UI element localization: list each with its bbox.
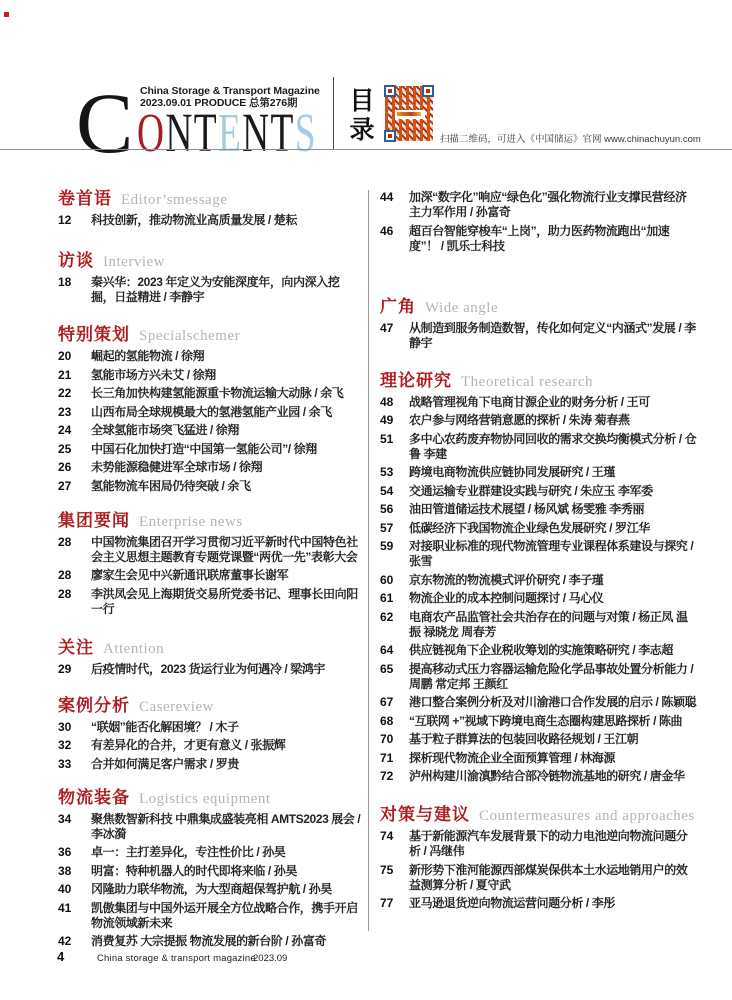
toc-section: 集团要闻Enterprise news28中国物流集团召开学习贯彻习近平新时代中… xyxy=(58,509,362,617)
toc-section: 关注Attention29后疫情时代，2023 货运行业为何遇冷 / 梁鸿宇 xyxy=(58,636,362,677)
toc-item-page-number: 18 xyxy=(58,275,71,290)
toc-item: 49农户参与网络营销意愿的探析 / 朱涛 菊春燕 xyxy=(380,413,698,428)
toc-item-title: 未势能源稳健进军全球市场 / 徐翔 xyxy=(91,460,262,474)
toc-item-title: 崛起的氢能物流 / 徐翔 xyxy=(91,349,204,363)
toc-item: 47从制造到服务制造数智，传化如何定义“内涵式”发展 / 李静宇 xyxy=(380,321,698,351)
toc-item: 54交通运输专业群建设实践与研究 / 朱应玉 李军委 xyxy=(380,484,698,499)
toc-item-title: “联姻”能否化解困境？ / 木子 xyxy=(91,720,239,734)
toc-item: 62电商农产品监管社会共治存在的问题与对策 / 杨正凤 温振 禄晓龙 周春芳 xyxy=(380,610,698,640)
toc-item-title: 中国物流集团召开学习贯彻习近平新时代中国特色社会主义思想主题教育专题党课暨“两优… xyxy=(91,535,358,564)
toc-section: 特别策划Specialschemer20崛起的氢能物流 / 徐翔21氢能市场方兴… xyxy=(58,323,362,494)
toc-item: 57低碳经济下我国物流企业绿色发展研究 / 罗江华 xyxy=(380,521,698,536)
column-divider xyxy=(368,190,369,931)
section-heading: 关注Attention xyxy=(58,636,362,659)
section-heading: 对策与建议Countermeasures and approaches xyxy=(380,803,698,826)
section-heading: 访谈Interview xyxy=(58,249,362,272)
toc-item-title: 加深“数字化”响应“绿色化”强化物流行业支撑民营经济主力军作用 / 孙富奇 xyxy=(409,190,687,219)
toc-item-title: 物流企业的成本控制问题探讨 / 马心仪 xyxy=(409,591,603,605)
toc-item-title: 超百台智能穿梭车“上岗”，助力医药物流跑出“加速度”！ / 凯乐士科技 xyxy=(409,224,669,253)
toc-item-title: 低碳经济下我国物流企业绿色发展研究 / 罗江华 xyxy=(409,521,650,535)
toc-item: 22长三角加快构建氢能源重卡物流运输大动脉 / 余飞 xyxy=(58,386,362,401)
section-heading: 卷首语Editor’smessage xyxy=(58,187,362,210)
footer-issue: 2023.09 xyxy=(253,953,287,964)
toc-char-1: 目 xyxy=(348,87,376,116)
section-title-en: Attention xyxy=(103,641,164,657)
toc-item-page-number: 30 xyxy=(58,720,71,735)
contents-logo-letter-o: O xyxy=(137,102,165,163)
toc-item-page-number: 24 xyxy=(58,423,71,438)
section-title-zh: 访谈 xyxy=(58,251,94,270)
toc-item-page-number: 28 xyxy=(58,587,71,602)
qr-finder-top-right xyxy=(422,85,434,97)
toc-item: 51多中心农药废弃物协同回收的需求交换均衡模式分析 / 仓鲁 李建 xyxy=(380,432,698,462)
section-title-en: Enterprise news xyxy=(139,514,243,530)
section-items: 28中国物流集团召开学习贯彻习近平新时代中国特色社会主义思想主题教育专题党课暨“… xyxy=(58,535,362,617)
toc-item-title: 消费复苏 大宗提振 物流发展的新台阶 / 孙富奇 xyxy=(91,934,326,948)
toc-item-page-number: 28 xyxy=(58,568,71,583)
magazine-name-block: China Storage & Transport Magazine 2023.… xyxy=(140,86,340,109)
contents-logo-letter-e: E xyxy=(218,102,242,163)
toc-section: 访谈Interview18秦兴华：2023 年定义为安能深度年，向内深入挖掘，日… xyxy=(58,249,362,305)
toc-section: 卷首语Editor’smessage12科技创新，推动物流业高质量发展 / 楚耘 xyxy=(58,187,362,228)
section-title-zh: 理论研究 xyxy=(380,371,452,390)
right-column: 44加深“数字化”响应“绿色化”强化物流行业支撑民营经济主力军作用 / 孙富奇4… xyxy=(380,162,698,915)
toc-item-page-number: 75 xyxy=(380,863,393,878)
toc-item: 33合并如何满足客户需求 / 罗贵 xyxy=(58,757,362,772)
section-title-en: Casereview xyxy=(139,699,214,715)
toc-item-title: 战略管理视角下电商甘源企业的财务分析 / 王可 xyxy=(409,395,650,409)
toc-item-title: 廖家生会见中兴新通讯联席董事长谢军 xyxy=(91,568,288,582)
toc-item-title: 后疫情时代，2023 货运行业为何遇冷 / 梁鸿宇 xyxy=(91,662,325,676)
qr-finder-top-left xyxy=(384,85,396,97)
toc-item-title: 李洪凤会见上海期货交易所党委书记、理事长田向阳一行 xyxy=(91,587,358,616)
toc-item: 48战略管理视角下电商甘源企业的财务分析 / 王可 xyxy=(380,395,698,410)
toc-item-page-number: 28 xyxy=(58,535,71,550)
section-title-en: Theoretical research xyxy=(461,374,593,390)
toc-item-page-number: 25 xyxy=(58,442,71,457)
toc-item-page-number: 33 xyxy=(58,757,71,772)
footer-page-number: 4 xyxy=(57,949,64,964)
section-items: 20崛起的氢能物流 / 徐翔21氢能市场方兴未艾 / 徐翔22长三角加快构建氢能… xyxy=(58,349,362,494)
toc-item-page-number: 61 xyxy=(380,591,393,606)
toc-char-2: 录 xyxy=(348,116,376,145)
toc-item-page-number: 29 xyxy=(58,662,71,677)
toc-item: 30“联姻”能否化解困境？ / 木子 xyxy=(58,720,362,735)
toc-item-title: 油田管道储运技术展望 / 杨风斌 杨雯雅 李秀丽 xyxy=(409,502,644,516)
section-items: 18秦兴华：2023 年定义为安能深度年，向内深入挖掘，日益精进 / 李静宇 xyxy=(58,275,362,305)
toc-item-page-number: 21 xyxy=(58,368,71,383)
section-title-en: Interview xyxy=(103,254,165,270)
left-column: 卷首语Editor’smessage12科技创新，推动物流业高质量发展 / 楚耘… xyxy=(58,162,362,953)
toc-item-title: 合并如何满足客户需求 / 罗贵 xyxy=(91,757,239,771)
toc-item-title: 提高移动式压力容器运输危险化学品事故处置分析能力 / 周鹏 常定邦 王颜红 xyxy=(409,662,693,691)
contents-logo-letters-nt2: NT xyxy=(242,102,295,163)
section-title-zh: 关注 xyxy=(58,638,94,657)
toc-item-title: 山西布局全球规模最大的氢港氢能产业园 / 余飞 xyxy=(91,405,332,419)
toc-item-title: 卓一：主打差异化，专注性价比 / 孙昊 xyxy=(91,845,285,859)
qr-center-logo xyxy=(395,110,425,119)
toc-item-page-number: 36 xyxy=(58,845,71,860)
toc-item: 41凯傲集团与中国外运开展全方位战略合作，携手开启物流领域新未来 xyxy=(58,901,362,931)
header-vertical-divider xyxy=(333,77,334,149)
toc-item-title: 港口整合案例分析及对川渝港口合作发展的启示 / 陈颖聪 xyxy=(409,695,696,709)
toc-item: 28李洪凤会见上海期货交易所党委书记、理事长田向阳一行 xyxy=(58,587,362,617)
toc-item-title: “互联网 +”视域下跨境电商生态圈构建思路探析 / 陈曲 xyxy=(409,714,682,728)
magazine-name-en: China Storage & Transport Magazine xyxy=(140,86,340,98)
section-title-en: Countermeasures and approaches xyxy=(479,808,695,824)
section-title-zh: 广角 xyxy=(380,297,416,316)
toc-item: 70基于粒子群算法的包装回收路径规划 / 王江朝 xyxy=(380,732,698,747)
toc-item-page-number: 51 xyxy=(380,432,393,447)
toc-item: 56油田管道储运技术展望 / 杨风斌 杨雯雅 李秀丽 xyxy=(380,502,698,517)
section-heading: 广角Wide angle xyxy=(380,295,698,318)
section-title-zh: 对策与建议 xyxy=(380,805,470,824)
toc-item-title: 亚马逊退货逆向物流运营问题分析 / 李彤 xyxy=(409,896,615,910)
toc-item: 24全球氢能市场突飞猛进 / 徐翔 xyxy=(58,423,362,438)
section-heading: 集团要闻Enterprise news xyxy=(58,509,362,532)
toc-item: 25中国石化加快打造“中国第一氢能公司”/ 徐翔 xyxy=(58,442,362,457)
toc-item-page-number: 62 xyxy=(380,610,393,625)
toc-item-page-number: 48 xyxy=(380,395,393,410)
section-items: 48战略管理视角下电商甘源企业的财务分析 / 王可49农户参与网络营销意愿的探析… xyxy=(380,395,698,785)
toc-item: 26未势能源稳健进军全球市场 / 徐翔 xyxy=(58,460,362,475)
toc-item-page-number: 23 xyxy=(58,405,71,420)
toc-item: 59对接职业标准的现代物流管理专业课程体系建设与探究 / 张雪 xyxy=(380,539,698,569)
toc-item: 74基于新能源汽车发展背景下的动力电池逆向物流问题分析 / 冯继伟 xyxy=(380,829,698,859)
toc-item: 32有差异化的合并，才更有意义 / 张振辉 xyxy=(58,738,362,753)
toc-item: 21氢能市场方兴未艾 / 徐翔 xyxy=(58,368,362,383)
qr-finder-bottom-left xyxy=(384,130,396,142)
toc-item-page-number: 34 xyxy=(58,812,71,827)
section-title-en: Wide angle xyxy=(425,300,498,316)
section-items: 30“联姻”能否化解困境？ / 木子32有差异化的合并，才更有意义 / 张振辉3… xyxy=(58,720,362,772)
toc-item: 53跨境电商物流供应链协同发展研究 / 王瑾 xyxy=(380,465,698,480)
qr-caption: 扫描二维码，可进入《中国储运》官网 www.chinachuyun.com xyxy=(440,131,701,145)
toc-item-title: 有差异化的合并，才更有意义 / 张振辉 xyxy=(91,738,285,752)
toc-item-page-number: 40 xyxy=(58,882,71,897)
toc-item: 67港口整合案例分析及对川渝港口合作发展的启示 / 陈颖聪 xyxy=(380,695,698,710)
toc-label: 目 录 xyxy=(348,87,376,145)
toc-item-title: 电商农产品监管社会共治存在的问题与对策 / 杨正凤 温振 禄晓龙 周春芳 xyxy=(409,610,688,639)
toc-item: 75新形势下淮河能源西部煤炭保供本土水运地销用户的效益测算分析 / 夏守武 xyxy=(380,863,698,893)
toc-item-title: 探析现代物流企业全面预算管理 / 林海源 xyxy=(409,751,615,765)
toc-item-title: 泸州构建川渝滇黔结合部冷链物流基地的研究 / 唐金华 xyxy=(409,769,685,783)
toc-item-title: 基于新能源汽车发展背景下的动力电池逆向物流问题分析 / 冯继伟 xyxy=(409,829,687,858)
toc-item-page-number: 22 xyxy=(58,386,71,401)
toc-section: 广角Wide angle47从制造到服务制造数智，传化如何定义“内涵式”发展 /… xyxy=(380,295,698,351)
section-heading: 特别策划Specialschemer xyxy=(58,323,362,346)
toc-item: 29后疫情时代，2023 货运行业为何遇冷 / 梁鸿宇 xyxy=(58,662,362,677)
section-heading: 案例分析Casereview xyxy=(58,694,362,717)
toc-item-page-number: 12 xyxy=(58,213,71,228)
section-items: 12科技创新，推动物流业高质量发展 / 楚耘 xyxy=(58,213,362,228)
toc-item-title: 科技创新，推动物流业高质量发展 / 楚耘 xyxy=(91,213,297,227)
toc-item-page-number: 49 xyxy=(380,413,393,428)
toc-item-title: 氢能物流车困局仍待突破 / 余飞 xyxy=(91,479,251,493)
toc-item-page-number: 60 xyxy=(380,573,393,588)
qr-code xyxy=(384,85,434,142)
toc-item-title: 农户参与网络营销意愿的探析 / 朱涛 菊春燕 xyxy=(409,413,630,427)
toc-section: 物流装备Logistics equipment34聚焦数智新科技 中鼎集成盛装亮… xyxy=(58,786,362,950)
section-title-en: Logistics equipment xyxy=(139,791,271,807)
toc-item: 71探析现代物流企业全面预算管理 / 林海源 xyxy=(380,751,698,766)
toc-item: 20崛起的氢能物流 / 徐翔 xyxy=(58,349,362,364)
contents-logo-letters-nt1: NT xyxy=(165,102,218,163)
toc-item-page-number: 54 xyxy=(380,484,393,499)
toc-item: 61物流企业的成本控制问题探讨 / 马心仪 xyxy=(380,591,698,606)
toc-item-page-number: 70 xyxy=(380,732,393,747)
footer-magazine-name: China storage & transport magazine xyxy=(97,953,256,964)
toc-item-page-number: 42 xyxy=(58,934,71,949)
toc-item-page-number: 26 xyxy=(58,460,71,475)
toc-item-title: 从制造到服务制造数智，传化如何定义“内涵式”发展 / 李静宇 xyxy=(409,321,696,350)
toc-item: 12科技创新，推动物流业高质量发展 / 楚耘 xyxy=(58,213,362,228)
toc-item-title: 明富：特种机器人的时代即将来临 / 孙昊 xyxy=(91,864,297,878)
continued-items: 44加深“数字化”响应“绿色化”强化物流行业支撑民营经济主力军作用 / 孙富奇4… xyxy=(380,190,698,254)
toc-item-page-number: 67 xyxy=(380,695,393,710)
toc-item: 38明富：特种机器人的时代即将来临 / 孙昊 xyxy=(58,864,362,879)
section-items: 29后疫情时代，2023 货运行业为何遇冷 / 梁鸿宇 xyxy=(58,662,362,677)
toc-item: 34聚焦数智新科技 中鼎集成盛装亮相 AMTS2023 展会 / 李冰漪 xyxy=(58,812,362,842)
toc-item-title: 交通运输专业群建设实践与研究 / 朱应玉 李军委 xyxy=(409,484,653,498)
toc-item-page-number: 65 xyxy=(380,662,393,677)
magazine-contents-page: C ONTENTS China Storage & Transport Maga… xyxy=(0,0,732,1000)
section-title-zh: 物流装备 xyxy=(58,788,130,807)
toc-item-page-number: 46 xyxy=(380,224,393,239)
toc-item: 27氢能物流车困局仍待突破 / 余飞 xyxy=(58,479,362,494)
section-title-zh: 案例分析 xyxy=(58,696,130,715)
toc-item-page-number: 57 xyxy=(380,521,393,536)
header-rule xyxy=(0,149,732,150)
toc-item-page-number: 20 xyxy=(58,349,71,364)
toc-item-page-number: 47 xyxy=(380,321,393,336)
section-title-zh: 卷首语 xyxy=(58,189,112,208)
toc-section: 对策与建议Countermeasures and approaches74基于新… xyxy=(380,803,698,911)
toc-item-title: 凯傲集团与中国外运开展全方位战略合作，携手开启物流领域新未来 xyxy=(91,901,358,930)
toc-item: 36卓一：主打差异化，专注性价比 / 孙昊 xyxy=(58,845,362,860)
toc-item: 65提高移动式压力容器运输危险化学品事故处置分析能力 / 周鹏 常定邦 王颜红 xyxy=(380,662,698,692)
toc-item-title: 供应链视角下企业税收筹划的实施策略研究 / 李志超 xyxy=(409,643,673,657)
toc-item-page-number: 72 xyxy=(380,769,393,784)
toc-item: 40冈隆助力联华物流，为大型商超保驾护航 / 孙昊 xyxy=(58,882,362,897)
section-items: 34聚焦数智新科技 中鼎集成盛装亮相 AMTS2023 展会 / 李冰漪36卓一… xyxy=(58,812,362,950)
section-items: 74基于新能源汽车发展背景下的动力电池逆向物流问题分析 / 冯继伟75新形势下淮… xyxy=(380,829,698,911)
section-title-zh: 集团要闻 xyxy=(58,511,130,530)
contents-logo-letter-s: S xyxy=(295,102,317,163)
toc-item-page-number: 77 xyxy=(380,896,393,911)
toc-item-title: 聚焦数智新科技 中鼎集成盛装亮相 AMTS2023 展会 / 李冰漪 xyxy=(91,812,360,841)
toc-item-title: 全球氢能市场突飞猛进 / 徐翔 xyxy=(91,423,239,437)
toc-item-title: 对接职业标准的现代物流管理专业课程体系建设与探究 / 张雪 xyxy=(409,539,693,568)
toc-item-page-number: 56 xyxy=(380,502,393,517)
section-heading: 理论研究Theoretical research xyxy=(380,369,698,392)
toc-section: 案例分析Casereview30“联姻”能否化解困境？ / 木子32有差异化的合… xyxy=(58,694,362,772)
toc-item: 64供应链视角下企业税收筹划的实施策略研究 / 李志超 xyxy=(380,643,698,658)
toc-item-title: 多中心农药废弃物协同回收的需求交换均衡模式分析 / 仓鲁 李建 xyxy=(409,432,696,461)
toc-item: 23山西布局全球规模最大的氢港氢能产业园 / 余飞 xyxy=(58,405,362,420)
section-title-en: Specialschemer xyxy=(139,328,240,344)
toc-item-page-number: 38 xyxy=(58,864,71,879)
toc-item: 44加深“数字化”响应“绿色化”强化物流行业支撑民营经济主力军作用 / 孙富奇 xyxy=(380,190,698,220)
toc-section: 理论研究Theoretical research48战略管理视角下电商甘源企业的… xyxy=(380,369,698,785)
toc-item-page-number: 27 xyxy=(58,479,71,494)
toc-item-page-number: 71 xyxy=(380,751,393,766)
toc-item-title: 长三角加快构建氢能源重卡物流运输大动脉 / 余飞 xyxy=(91,386,343,400)
toc-item-title: 秦兴华：2023 年定义为安能深度年，向内深入挖掘，日益精进 / 李静宇 xyxy=(91,275,339,304)
toc-item-page-number: 41 xyxy=(58,901,71,916)
toc-item: 28廖家生会见中兴新通讯联席董事长谢军 xyxy=(58,568,362,583)
print-registration-mark xyxy=(4,12,9,17)
toc-item-page-number: 59 xyxy=(380,539,393,554)
toc-item: 60京东物流的物流模式评价研究 / 李子瑾 xyxy=(380,573,698,588)
toc-item-page-number: 32 xyxy=(58,738,71,753)
toc-item-page-number: 44 xyxy=(380,190,393,205)
toc-item-page-number: 74 xyxy=(380,829,393,844)
toc-item: 77亚马逊退货逆向物流运营问题分析 / 李彤 xyxy=(380,896,698,911)
toc-item-title: 中国石化加快打造“中国第一氢能公司”/ 徐翔 xyxy=(91,442,317,456)
section-items: 47从制造到服务制造数智，传化如何定义“内涵式”发展 / 李静宇 xyxy=(380,321,698,351)
toc-item-title: 京东物流的物流模式评价研究 / 李子瑾 xyxy=(409,573,603,587)
toc-item: 28中国物流集团召开学习贯彻习近平新时代中国特色社会主义思想主题教育专题党课暨“… xyxy=(58,535,362,565)
toc-item-page-number: 53 xyxy=(380,465,393,480)
toc-item-title: 新形势下淮河能源西部煤炭保供本土水运地销用户的效益测算分析 / 夏守武 xyxy=(409,863,687,892)
toc-item-title: 基于粒子群算法的包装回收路径规划 / 王江朝 xyxy=(409,732,638,746)
toc-item-page-number: 68 xyxy=(380,714,393,729)
section-title-en: Editor’smessage xyxy=(121,192,227,208)
toc-item: 46超百台智能穿梭车“上岗”，助力医药物流跑出“加速度”！ / 凯乐士科技 xyxy=(380,224,698,254)
toc-item: 42消费复苏 大宗提振 物流发展的新台阶 / 孙富奇 xyxy=(58,934,362,949)
toc-item: 18秦兴华：2023 年定义为安能深度年，向内深入挖掘，日益精进 / 李静宇 xyxy=(58,275,362,305)
section-title-zh: 特别策划 xyxy=(58,325,130,344)
toc-item: 72泸州构建川渝滇黔结合部冷链物流基地的研究 / 唐金华 xyxy=(380,769,698,784)
issue-info: 2023.09.01 PRODUCE 总第276期 xyxy=(140,98,340,110)
toc-item-title: 冈隆助力联华物流，为大型商超保驾护航 / 孙昊 xyxy=(91,882,332,896)
section-heading: 物流装备Logistics equipment xyxy=(58,786,362,809)
toc-item-title: 跨境电商物流供应链协同发展研究 / 王瑾 xyxy=(409,465,615,479)
toc-item-title: 氢能市场方兴未艾 / 徐翔 xyxy=(91,368,216,382)
toc-item: 68“互联网 +”视域下跨境电商生态圈构建思路探析 / 陈曲 xyxy=(380,714,698,729)
toc-item-page-number: 64 xyxy=(380,643,393,658)
